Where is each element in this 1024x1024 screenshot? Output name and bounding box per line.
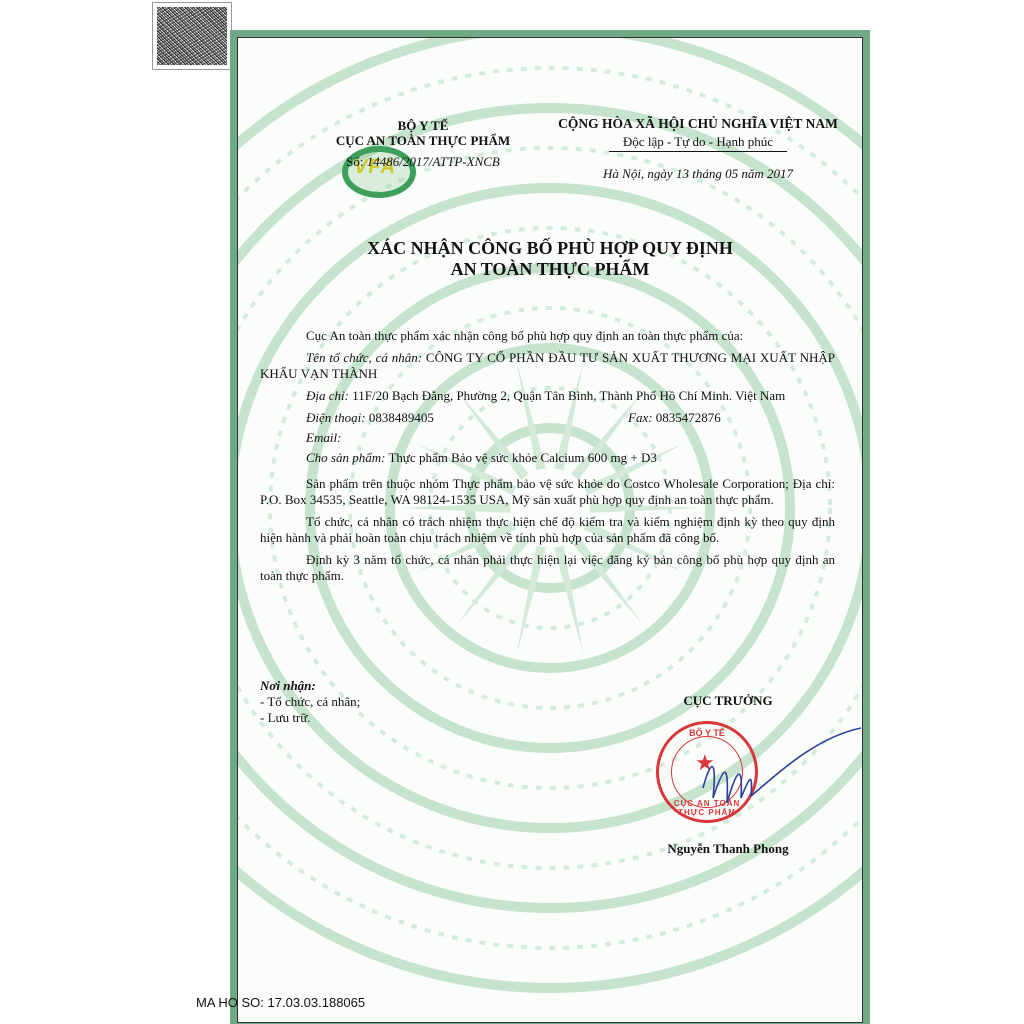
ministry-name: BỘ Y TẾ [308,118,538,133]
email-label: Email: [306,430,341,445]
place-date: Hà Nội, ngày 13 tháng 05 năm 2017 [528,166,863,182]
country-name: CỘNG HÒA XÃ HỘI CHỦ NGHĨA VIỆT NAM [528,116,863,132]
recipients-block: Nơi nhận: - Tổ chức, cá nhân; - Lưu trữ. [260,678,360,726]
title-line-2: AN TOÀN THỰC PHẨM [238,259,862,280]
email-field: Email: [260,430,835,450]
document-number: Số: 14486/2017/ATTP-XNCB [308,154,538,169]
title-line-1: XÁC NHẬN CÔNG BỐ PHÙ HỢP QUY ĐỊNH [238,238,862,259]
recipients-label: Nơi nhận: [260,678,316,693]
address-field: Địa chỉ: 11F/20 Bạch Đằng, Phường 2, Quậ… [260,388,835,404]
national-motto: Độc lập - Tự do - Hạnh phúc [609,134,787,152]
document-number-value: 14486/2017/ATTP-XNCB [367,154,500,169]
renewal-paragraph: Định kỳ 3 năm tổ chức, cá nhân phải thực… [260,552,835,584]
document-title: XÁC NHẬN CÔNG BỐ PHÙ HỢP QUY ĐỊNH AN TOÀ… [238,238,862,280]
phone-value: 0838489405 [369,410,434,425]
case-number: MA HO SO: 17.03.03.188065 [196,995,365,1010]
responsibility-paragraph: Tổ chức, cá nhân có trách nhiệm thực hiệ… [260,514,835,546]
recipient-item: - Tổ chức, cá nhân; [260,694,360,710]
handwritten-signature [683,718,863,828]
phone-label: Điện thoại: [306,410,366,425]
qr-code [152,2,232,70]
agency-name: CỤC AN TOÀN THỰC PHẨM [308,133,538,148]
certificate-paper: VFA BỘ Y TẾ CỤC AN TOÀN THỰC PHẨM Số: 14… [237,37,863,1023]
organization-label: Tên tổ chức, cá nhân: [306,350,422,365]
contact-row: Điện thoại: 0838489405 Fax: 0835472876 [260,410,835,430]
signer-name: Nguyễn Thanh Phong [623,841,833,857]
address-value: 11F/20 Bạch Đằng, Phường 2, Quận Tân Bìn… [352,388,785,403]
document-body: Cục An toàn thực phẩm xác nhận công bố p… [260,328,835,590]
fax-label: Fax: [628,410,653,425]
recipient-item: - Lưu trữ. [260,710,360,726]
manufacturer-paragraph: Sản phẩm trên thuộc nhóm Thực phẩm bảo v… [260,476,835,508]
intro-paragraph: Cục An toàn thực phẩm xác nhận công bố p… [260,328,835,344]
phone-field: Điện thoại: 0838489405 [306,410,434,425]
document-number-label: Số: [346,154,363,169]
qr-code-icon [157,7,227,65]
product-label: Cho sản phẩm: [306,450,385,465]
organization-field: Tên tổ chức, cá nhân: CÔNG TY CỔ PHẦN ĐẦ… [260,350,835,382]
product-field: Cho sản phẩm: Thực phẩm Bảo vệ sức khỏe … [260,450,835,466]
issuer-header: BỘ Y TẾ CỤC AN TOÀN THỰC PHẨM Số: 14486/… [308,118,538,169]
fax-value: 0835472876 [656,410,721,425]
signatory-title: CỤC TRƯỞNG [623,693,833,709]
fax-field: Fax: 0835472876 [628,410,721,426]
product-value: Thực phẩm Bảo vệ sức khỏe Calcium 600 mg… [388,450,656,465]
address-label: Địa chỉ: [306,388,349,403]
certificate-frame: VFA BỘ Y TẾ CỤC AN TOÀN THỰC PHẨM Số: 14… [230,30,870,1024]
national-header: CỘNG HÒA XÃ HỘI CHỦ NGHĨA VIỆT NAM Độc l… [528,116,863,182]
